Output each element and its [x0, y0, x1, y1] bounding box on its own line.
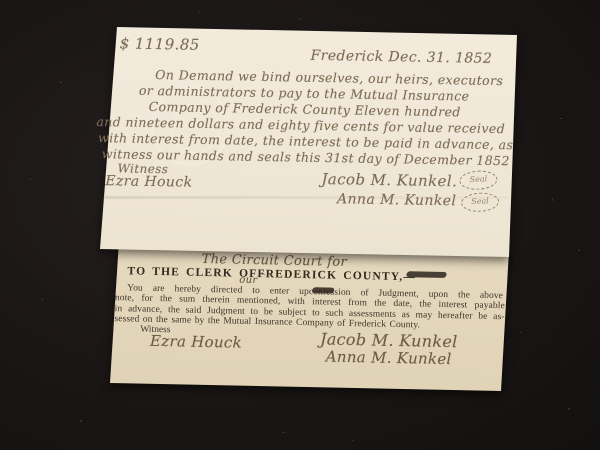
handwritten-word-our: our	[239, 275, 257, 286]
lint-speck	[60, 82, 62, 83]
lint-speck	[560, 118, 562, 119]
signature-anna-kunkel: Anna M. Kunkel	[326, 348, 452, 369]
clerk-heading-part-b: FREDERICK COUNTY,	[257, 268, 403, 283]
seal-icon: Seal	[461, 192, 500, 213]
insertion-caret: ^	[258, 272, 266, 282]
lint-speck	[300, 18, 301, 20]
lint-speck	[198, 12, 200, 13]
lint-speck	[552, 198, 553, 201]
clerk-heading: TO THE CLERK OF^FREDERICK COUNTY,—	[127, 265, 403, 283]
witness-signature: Ezra Houck	[105, 173, 192, 191]
lint-speck	[352, 440, 354, 441]
signature-anna-kunkel: Anna M. Kunkel	[337, 191, 456, 209]
amount-value: $ 1119.85	[120, 34, 200, 53]
clerk-heading-part-a: TO THE CLERK OF	[127, 265, 257, 280]
witness-signature: Ezra Houck	[150, 332, 242, 352]
judgment-slip-text: The Circuit Court for TO THE CLERK OF^FR…	[109, 246, 508, 396]
lint-speck	[30, 178, 31, 180]
inked-out-word	[311, 287, 334, 293]
lint-speck	[568, 408, 570, 410]
lint-speck	[520, 332, 522, 333]
lint-speck	[80, 420, 82, 422]
lint-speck	[42, 298, 43, 300]
lint-speck	[282, 432, 285, 433]
place-and-date-line: Frederick Dec. 31. 1852	[310, 48, 492, 67]
photo-of-documents: The Circuit Court for TO THE CLERK OF^FR…	[0, 0, 600, 450]
heading-dash: —	[403, 271, 416, 283]
promissory-note-text: $ 1119.85 Frederick Dec. 31. 1852 On Dem…	[92, 30, 516, 259]
lint-speck	[578, 250, 580, 251]
signature-jacob-kunkel: Jacob M. Kunkel.	[321, 170, 457, 190]
seal-icon: Seal	[459, 170, 498, 191]
